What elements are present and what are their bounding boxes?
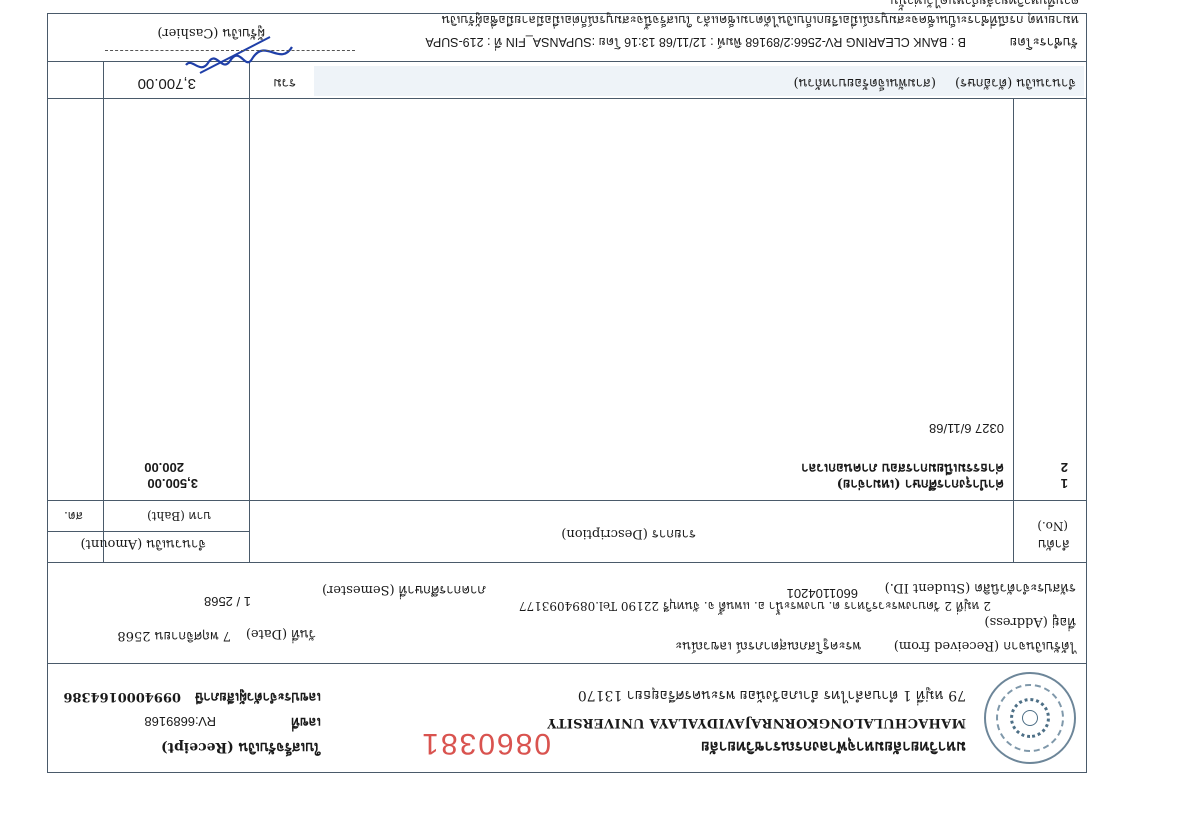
student-id-label: รหัสประจำตัวนิสิต (Student ID.) xyxy=(885,581,1076,594)
row-number: 2 xyxy=(1061,461,1068,474)
col-amount-header: จำนวนเงิน (Amount) xyxy=(81,537,206,550)
row-number: 1 xyxy=(1061,477,1068,490)
tax-id-value: 0994000164386 xyxy=(63,690,181,703)
row-description: ค่าบำรุงการศึกษา (เหมาจ่าย) xyxy=(837,477,1004,490)
receipt-frame: มหาวิทยาลัยมหาจุฬาลงกรณราชวิทยาลัย MAHAC… xyxy=(47,13,1087,773)
semester-value: 1 / 2568 xyxy=(204,595,251,608)
university-seal-icon xyxy=(984,672,1076,764)
remark-line-2: ตามที่มหาวิทยาลัยกำหนดไว้เท่านั้น xyxy=(890,0,1079,7)
row-amount: 200.00 xyxy=(144,461,184,474)
remark-line-1: หมายเหตุ กรณีที่ชำระเป็นเช็คจะสมบูรณ์เมื… xyxy=(442,14,1079,27)
payment-method-value: B : BANK CLEARING RV-2566:2/89168 พิมพ์ … xyxy=(425,36,966,49)
university-address: 79 หมู่ที่ 1 ตำบลลำไทร อำเภอวังน้อย พระน… xyxy=(578,688,966,702)
total-words-value: (สามพันเจ็ดร้อยบาทถ้วน) xyxy=(794,76,937,89)
col-no-header-english: (No.) xyxy=(1037,520,1068,532)
semester-label: ภาคการศึกษาที่ (Semester) xyxy=(322,583,486,596)
signature-line xyxy=(105,50,355,51)
total-words-label: จำนวนเงิน (ตัวอักษร) xyxy=(955,76,1076,89)
received-from-label: ได้รับเงินจาก (Received from) xyxy=(894,639,1076,652)
col-description-header: รายการ (Description) xyxy=(561,527,696,540)
cashier-label: ผู้รับเงิน (Cashier) xyxy=(157,26,265,39)
student-id-value: 6601104201 xyxy=(787,587,858,600)
receipt-page: มหาวิทยาลัยมหาจุฬาลงกรณราชวิทยาลัย MAHAC… xyxy=(0,0,1190,839)
date-value: 7 พฤศจิกายน 2568 xyxy=(117,629,231,642)
row-description: ค่าธรรมเนียมการสอบ ภาคนอกเวลา xyxy=(801,461,1004,474)
document-type: ใบเสร็จรับเงิน (Receipt) xyxy=(161,740,321,754)
doc-number-label: เลขที่ xyxy=(291,715,321,728)
row-note: 0327 6/11/68 xyxy=(929,422,1004,435)
address-value: 2 หมู่ที่ 2 วัดบางพระวรวิหาร ต. บางพระน้… xyxy=(519,600,991,612)
divider xyxy=(48,663,1086,664)
tax-id-label: เลขประจำตัวผู้เสียภาษี xyxy=(195,690,321,703)
doc-number-value: RV:6689168 xyxy=(144,715,216,728)
col-baht-header: บาท (Baht) xyxy=(147,510,211,522)
date-label: วันที่ (Date) xyxy=(246,627,316,640)
university-name-english: MAHACHULALONGKORNRAJAVIDYALAYA UNIVERSIT… xyxy=(547,716,966,729)
col-no-header-thai: ลำดับ xyxy=(1038,537,1070,550)
university-name-thai: มหาวิทยาลัยมหาจุฬาลงกรณราชวิทยาลัย xyxy=(701,739,966,754)
serial-number: 0860381 xyxy=(420,728,551,758)
address-label: ที่อยู่ (Address) xyxy=(984,615,1076,628)
payment-method-label: รับชำระโดย xyxy=(1010,35,1078,48)
row-amount: 3,500.00 xyxy=(147,477,198,490)
received-from-value: พระครูโสภณสุตาภรณ์ เลขวณ์นะ xyxy=(675,639,861,652)
col-satang-header: สต. xyxy=(64,510,83,522)
